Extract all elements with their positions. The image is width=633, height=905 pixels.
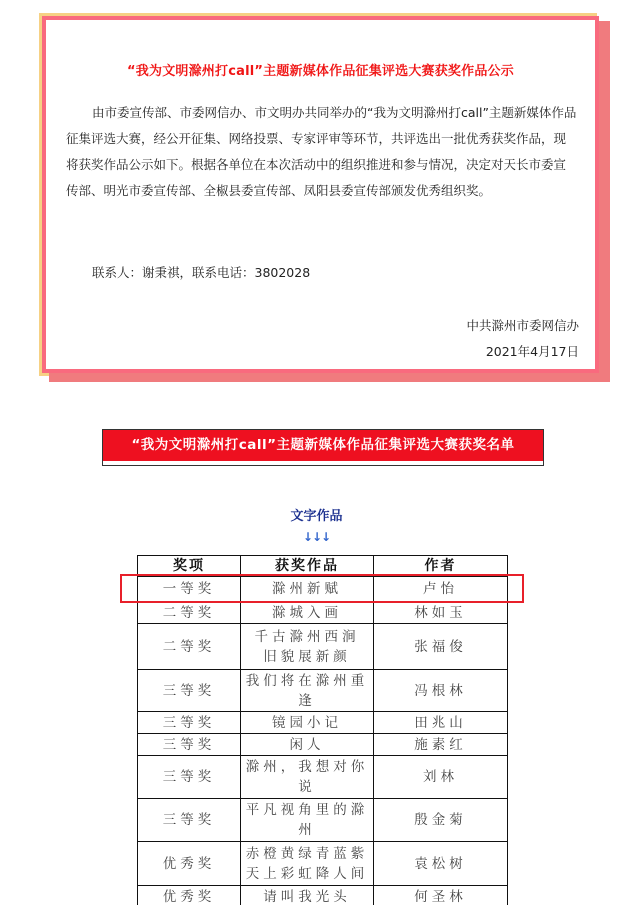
cell-award: 三等奖 <box>138 734 241 756</box>
cell-author: 田兆山 <box>374 712 508 734</box>
cell-work: 滁城入画 <box>241 602 374 624</box>
award-list-banner: “我为文明滁州打call”主题新媒体作品征集评选大赛获奖名单 <box>102 429 544 466</box>
table-row: 三等奖 平凡视角里的滁州 殷金菊 <box>138 799 508 842</box>
table-row: 三等奖 滁州，我想对你说 刘林 <box>138 756 508 799</box>
notice-paragraph: 由市委宣传部、市委网信办、市文明办共同举办的“我为文明滁州打call”主题新媒体… <box>66 100 577 204</box>
banner-title: “我为文明滁州打call”主题新媒体作品征集评选大赛获奖名单 <box>103 430 543 461</box>
cell-award: 二等奖 <box>138 624 241 670</box>
cell-work: 请叫我光头 <box>241 886 374 905</box>
notice-body: 由市委宣传部、市委网信办、市文明办共同举办的“我为文明滁州打call”主题新媒体… <box>66 100 577 204</box>
cell-award: 三等奖 <box>138 712 241 734</box>
cell-author: 施素红 <box>374 734 508 756</box>
cell-award: 三等奖 <box>138 670 241 712</box>
cell-author: 张福俊 <box>374 624 508 670</box>
table-row: 三等奖 闲人 施素红 <box>138 734 508 756</box>
cell-author: 袁松树 <box>374 842 508 886</box>
first-prize-highlight-box <box>120 574 524 603</box>
cell-work: 镜园小记 <box>241 712 374 734</box>
award-table: 奖项 获奖作品 作者 一等奖 滁州新赋 卢怡 二等奖 滁城入画 林如玉 二等奖 … <box>137 555 508 905</box>
table-row: 二等奖 千古滁州西涧 旧貌展新颜 张福俊 <box>138 624 508 670</box>
cell-author: 刘林 <box>374 756 508 799</box>
table-row: 三等奖 我们将在滁州重逢 冯根林 <box>138 670 508 712</box>
notice-title: “我为文明滁州打call”主题新媒体作品征集评选大赛获奖作品公示 <box>46 60 595 79</box>
cell-author: 林如玉 <box>374 602 508 624</box>
cell-work: 赤橙黄绿青蓝紫天上彩虹降人间 <box>241 842 374 886</box>
cell-author: 何圣林 <box>374 886 508 905</box>
cell-work: 闲人 <box>241 734 374 756</box>
table-row: 优秀奖 赤橙黄绿青蓝紫天上彩虹降人间 袁松树 <box>138 842 508 886</box>
cell-award: 优秀奖 <box>138 886 241 905</box>
cell-work: 千古滁州西涧 旧貌展新颜 <box>241 624 374 670</box>
cell-author: 殷金菊 <box>374 799 508 842</box>
cell-award: 二等奖 <box>138 602 241 624</box>
table-row: 三等奖 镜园小记 田兆山 <box>138 712 508 734</box>
section-title: 文字作品 <box>0 505 633 524</box>
cell-award: 三等奖 <box>138 756 241 799</box>
cell-work: 我们将在滁州重逢 <box>241 670 374 712</box>
notice-date: 2021年4月17日 <box>486 342 579 360</box>
notice-card: “我为文明滁州打call”主题新媒体作品征集评选大赛获奖作品公示 由市委宣传部、… <box>42 16 599 373</box>
table-row: 优秀奖 请叫我光头 何圣林 <box>138 886 508 905</box>
table-row: 二等奖 滁城入画 林如玉 <box>138 602 508 624</box>
cell-award: 优秀奖 <box>138 842 241 886</box>
cell-work: 滁州，我想对你说 <box>241 756 374 799</box>
notice-contact: 联系人：谢秉祺，联系电话：3802028 <box>92 263 310 281</box>
cell-work: 平凡视角里的滁州 <box>241 799 374 842</box>
down-arrows-icon: ↓↓↓ <box>0 530 633 544</box>
notice-signer: 中共滁州市委网信办 <box>466 316 579 334</box>
cell-author: 冯根林 <box>374 670 508 712</box>
cell-award: 三等奖 <box>138 799 241 842</box>
